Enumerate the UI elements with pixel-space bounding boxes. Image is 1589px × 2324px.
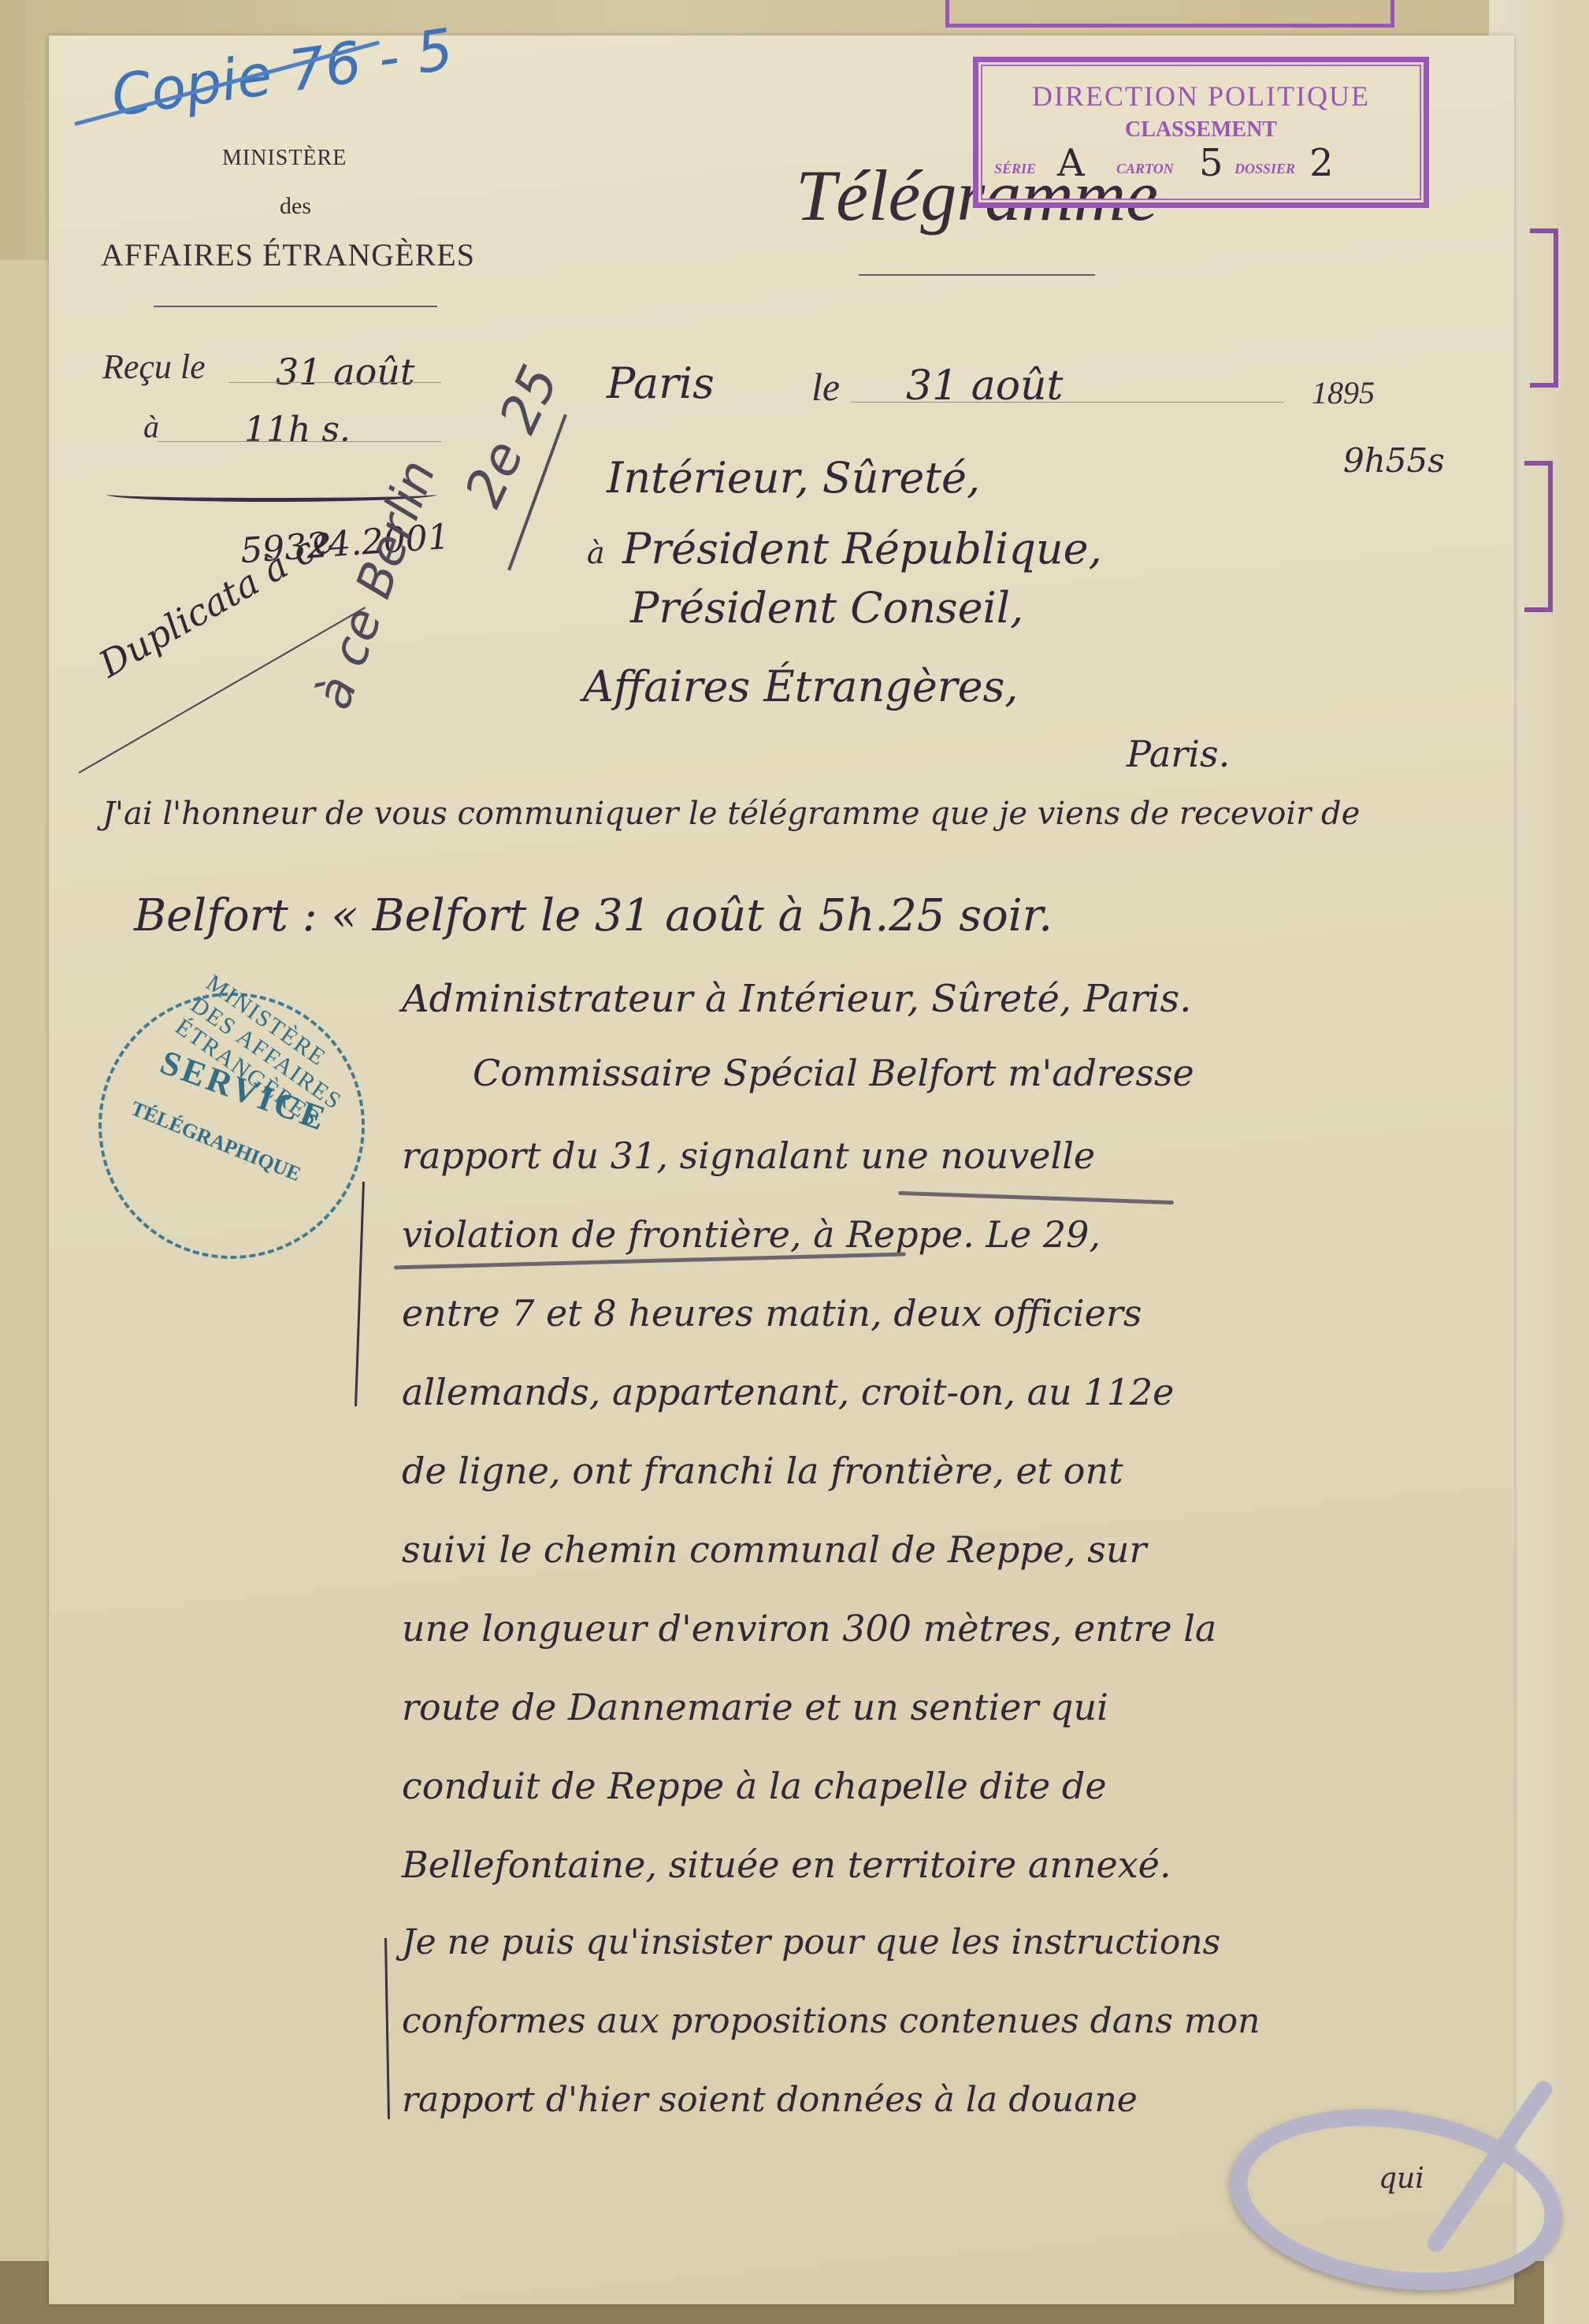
- stamp-carton-value: 5: [1199, 141, 1223, 185]
- body-line: conduit de Reppe à la chapelle dite de: [402, 1765, 1107, 1807]
- header-to-prefix: à: [587, 536, 605, 570]
- received-time-rule: [158, 441, 441, 442]
- received-time: 11h s.: [244, 410, 351, 450]
- classification-stamp: DIRECTION POLITIQUE CLASSEMENT SÉRIE A C…: [973, 57, 1429, 208]
- header-to-city: Paris.: [1127, 733, 1230, 775]
- stamp-dossier-label: DOSSIER: [1234, 161, 1295, 177]
- body-line: une longueur d'environ 300 mètres, entre…: [402, 1607, 1216, 1650]
- header-year: 1895: [1312, 374, 1375, 411]
- body-line: conformes aux propositions contenues dan…: [402, 2001, 1260, 2041]
- received-at-label: à: [143, 408, 159, 445]
- ministry-line-2: des: [280, 193, 311, 220]
- body-line: entre 7 et 8 heures matin, deux officier…: [402, 1292, 1142, 1335]
- underlying-stamp-edge: [1524, 461, 1553, 612]
- header-to-line-3: Affaires Étrangères,: [583, 662, 1018, 711]
- header-to-line-1: Président République,: [622, 524, 1102, 574]
- body-line: rapport du 31, signalant une nouvelle: [402, 1134, 1095, 1177]
- received-label: Reçu le: [102, 347, 206, 387]
- body-line: Je ne puis qu'insister pour que les inst…: [402, 1922, 1220, 1962]
- body-line: suivi le chemin communal de Reppe, sur: [402, 1528, 1146, 1571]
- underlying-stamp-edge: [1530, 228, 1558, 388]
- header-date: 31 août: [906, 362, 1063, 410]
- body-line: Belfort : « Belfort le 31 août à 5h.25 s…: [134, 890, 1053, 941]
- stamp-dossier-value: 2: [1309, 141, 1334, 185]
- body-line: allemands, appartenant, croit-on, au 112…: [402, 1371, 1174, 1413]
- body-line: Commissaire Spécial Belfort m'adresse: [473, 1052, 1194, 1094]
- title-ornament: [859, 274, 1095, 276]
- stamp-serie-value: A: [1057, 141, 1085, 185]
- stamp-title: DIRECTION POLITIQUE: [978, 80, 1424, 113]
- header-from: Intérieur, Sûreté,: [607, 453, 980, 503]
- body-line: Bellefontaine, située en territoire anne…: [402, 1843, 1171, 1886]
- body-line: Administrateur à Intérieur, Sûreté, Pari…: [402, 977, 1191, 1021]
- header-date-prefix: le: [811, 364, 840, 410]
- body-line: J'ai l'honneur de vous communiquer le té…: [102, 796, 1360, 832]
- stamp-subtitle: CLASSEMENT: [978, 117, 1424, 143]
- body-line: route de Dannemarie et un sentier qui: [402, 1686, 1108, 1728]
- underlying-stamp-top: [945, 0, 1394, 28]
- ministry-line-3: AFFAIRES ÉTRANGÈRES: [101, 236, 475, 273]
- telegraph-service-stamp: MINISTÈRE DES AFFAIRES ÉTRANGÈRES SERVIC…: [98, 993, 365, 1259]
- received-date: 31 août: [276, 351, 414, 393]
- header-to-line-2: Président Conseil,: [630, 583, 1023, 633]
- received-date-rule: [228, 382, 441, 383]
- letterhead-divider: [154, 306, 437, 307]
- body-line: de ligne, ont franchi la frontière, et o…: [402, 1450, 1123, 1492]
- header-time: 9h55s: [1343, 441, 1445, 480]
- stamp-serie-label: SÉRIE: [994, 161, 1036, 177]
- stamp-carton-label: CARTON: [1116, 161, 1174, 177]
- header-date-rule: [851, 402, 1284, 403]
- ministry-line-1: MINISTÈRE: [222, 146, 347, 171]
- body-line: rapport d'hier soient données à la douan…: [402, 2080, 1138, 2120]
- body-line: violation de frontière, à Reppe. Le 29,: [402, 1213, 1101, 1256]
- header-place: Paris: [607, 358, 715, 408]
